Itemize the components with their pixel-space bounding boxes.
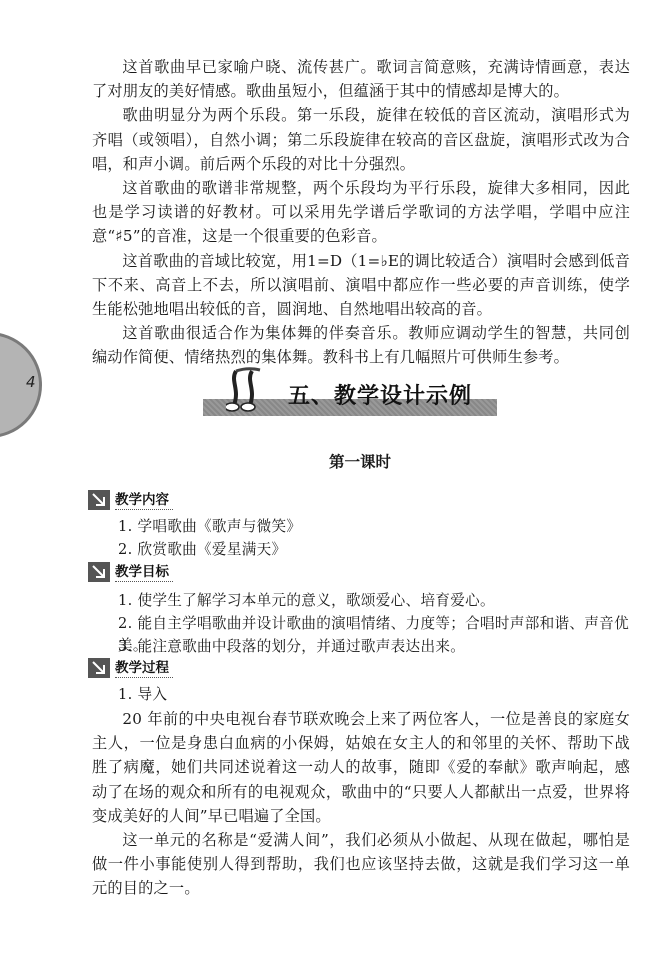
arrow-down-right-icon: [88, 490, 110, 510]
list-item: 1. 学唱歌曲《歌声与微笑》: [118, 516, 301, 538]
paragraph: 歌曲明显分为两个乐段。第一乐段，旋律在较低的音区流动，演唱形式为齐唱（或领唱），…: [92, 103, 630, 176]
process-step: 1. 导入: [118, 684, 167, 706]
music-note-icon: [226, 367, 270, 413]
paragraph: 这首歌曲的歌谱非常规整，两个乐段均为平行乐段，旋律大多相同，因此也是学习读谱的好…: [92, 176, 630, 249]
paragraph: 这首歌曲的音域比较宽，用1=D（1=♭E的调比较适合）演唱时会感到低音下不来、高…: [92, 249, 630, 322]
page-number-tab: [0, 332, 42, 438]
section-header-goals: 教学目标: [88, 560, 173, 582]
paragraph: 这首歌曲很适合作为集体舞的伴奏音乐。教师应调动学生的智慧，共同创编动作简便、情绪…: [92, 321, 630, 369]
section-label: 教学内容: [115, 488, 173, 510]
paragraph: 20 年前的中央电视台春节联欢晚会上来了两位客人，一位是善良的家庭女主人，一位是…: [92, 707, 630, 828]
list-item: 3. 能注意歌曲中段落的划分，并通过歌声表达出来。: [118, 636, 465, 658]
intro-text: 这首歌曲早已家喻户晓、流传甚广。歌词言简意赅，充满诗情画意，表达了对朋友的美好情…: [92, 55, 630, 370]
lesson-title: 第一课时: [0, 450, 650, 472]
arrow-down-right-icon: [88, 562, 110, 582]
section-header-content: 教学内容: [88, 488, 173, 510]
list-item: 1. 使学生了解学习本单元的意义，歌颂爱心、培育爱心。: [118, 590, 495, 612]
paragraph: 这首歌曲早已家喻户晓、流传甚广。歌词言简意赅，充满诗情画意，表达了对朋友的美好情…: [92, 55, 630, 103]
page-number: 4: [26, 373, 36, 391]
section-header-process: 教学过程: [88, 656, 173, 678]
process-text: 20 年前的中央电视台春节联欢晚会上来了两位客人，一位是善良的家庭女主人，一位是…: [92, 707, 630, 901]
paragraph: 这一单元的名称是“爱满人间”，我们必须从小做起、从现在做起，哪怕是做一件小事能使…: [92, 828, 630, 901]
section-label: 教学过程: [115, 656, 173, 678]
arrow-down-right-icon: [88, 658, 110, 678]
list-item: 2. 欣赏歌曲《爱星满天》: [118, 539, 286, 561]
chapter-title: 五、教学设计示例: [288, 379, 472, 410]
section-label: 教学目标: [115, 560, 173, 582]
